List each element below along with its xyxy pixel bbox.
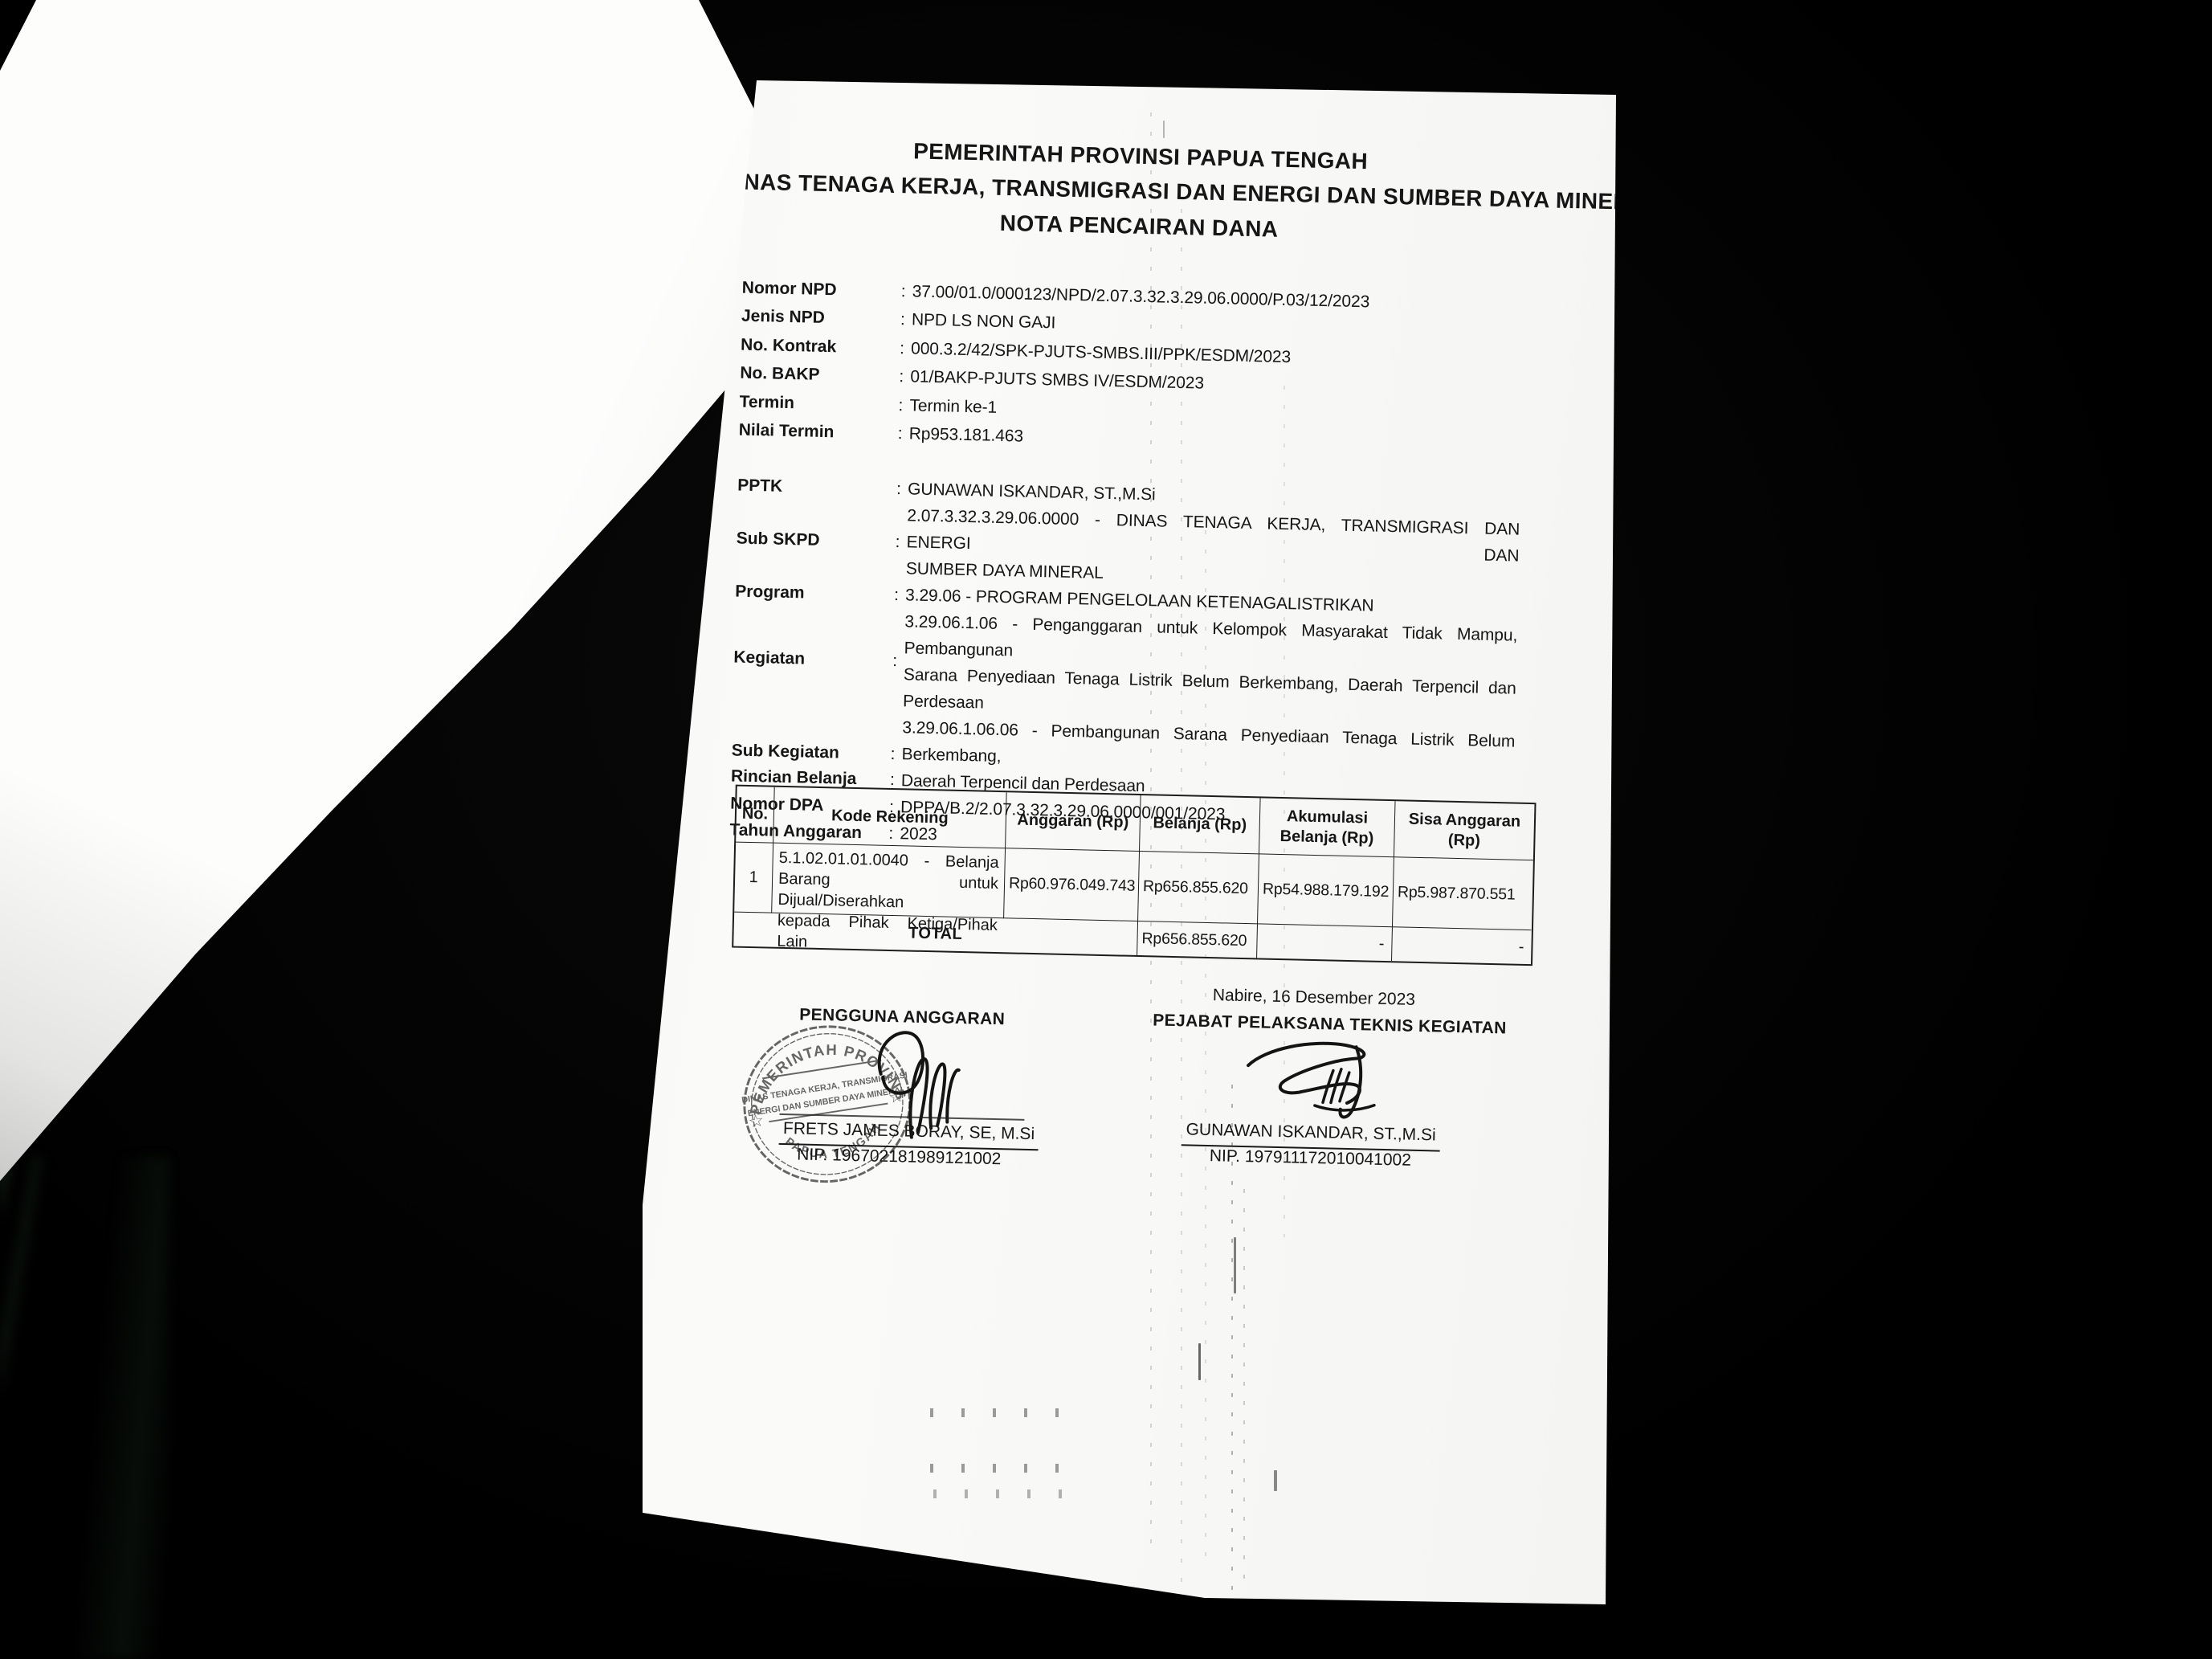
row-anggaran: Rp60.976.049.743 [1004,848,1140,921]
field-value: 3.29.06.1.06 - Penganggaran untuk Kelomp… [903,608,1518,728]
background-reflection [0,1157,169,1659]
field-colon: : [892,652,897,670]
field-label: Termin [739,387,896,419]
signature-block-pptk: Nabire, 16 Desember 2023 PEJABAT PELAKSA… [1153,981,1475,988]
field-colon: : [890,745,895,762]
row-sisa: Rp5.987.870.551 [1393,857,1533,930]
col-header-sisa: Sisa Anggaran (Rp) [1394,801,1535,860]
field-label: Nomor NPD [741,274,899,306]
field-colon: : [900,334,905,363]
field-colon: : [896,480,901,498]
field-colon: : [894,586,899,604]
field-label: No. BAKP [740,359,897,391]
signature-block-pengguna-anggaran: PEMERINTAH PROVINSI PAPUA TENGAH DINAS T… [782,1002,1023,1007]
signature-left-nip: NIP. 196702181989121002 [778,1142,1020,1173]
field-colon: : [897,419,903,448]
row-belanja: Rp656.855.620 [1138,852,1259,924]
field-colon: : [900,277,906,306]
col-header-no: No. [736,787,775,844]
col-header-akumulasi: Akumulasi Belanja (Rp) [1259,798,1396,857]
field-colon: : [895,533,900,551]
field-label: Kegiatan [733,648,890,669]
field-label: Program [735,582,892,603]
total-akumulasi: - [1257,924,1393,961]
field-row: Kegiatan:3.29.06.1.06 - Penganggaran unt… [733,605,1518,729]
expenditure-table: No. Kode Rekening Anggaran (Rp) Belanja … [732,785,1536,966]
signature-left-title: PENGGUNA ANGGARAN [782,1002,1023,1033]
total-sisa: - [1392,927,1532,964]
row-akumulasi: Rp54.988.179.192 [1258,854,1394,927]
star-icon: ☆ [747,1110,765,1132]
field-value: 2.07.3.32.3.29.06.0000 - DINAS TENAGA KE… [906,502,1520,595]
field-label: No. Kontrak [741,330,898,362]
field-label: Sub SKPD [736,529,892,550]
row-no: 1 [734,843,773,913]
row-kode-rekening: 5.1.02.01.01.0040 - BelanjaBarang untuk … [772,844,1006,919]
field-colon: : [899,362,904,391]
field-colon: : [898,391,904,420]
field-label: Nilai Termin [738,416,896,448]
col-header-belanja: Belanja (Rp) [1140,795,1261,854]
field-colon: : [900,305,906,334]
document-content: PEMERINTAH PROVINSI PAPUA TENGAH DINAS T… [688,68,1561,1629]
total-belanja: Rp656.855.620 [1137,921,1258,958]
field-label: Sub Kegiatan [731,742,888,762]
col-header-kode-rekening: Kode Rekening [773,787,1007,849]
field-label: PPTK [737,476,894,497]
field-block-primary: Nomor NPD:37.00/01.0/000123/NPD/2.07.3.3… [738,274,1525,462]
signature-pptk [1237,1033,1387,1126]
col-header-anggaran: Anggaran (Rp) [1006,792,1141,852]
field-label: Jenis NPD [741,302,899,334]
